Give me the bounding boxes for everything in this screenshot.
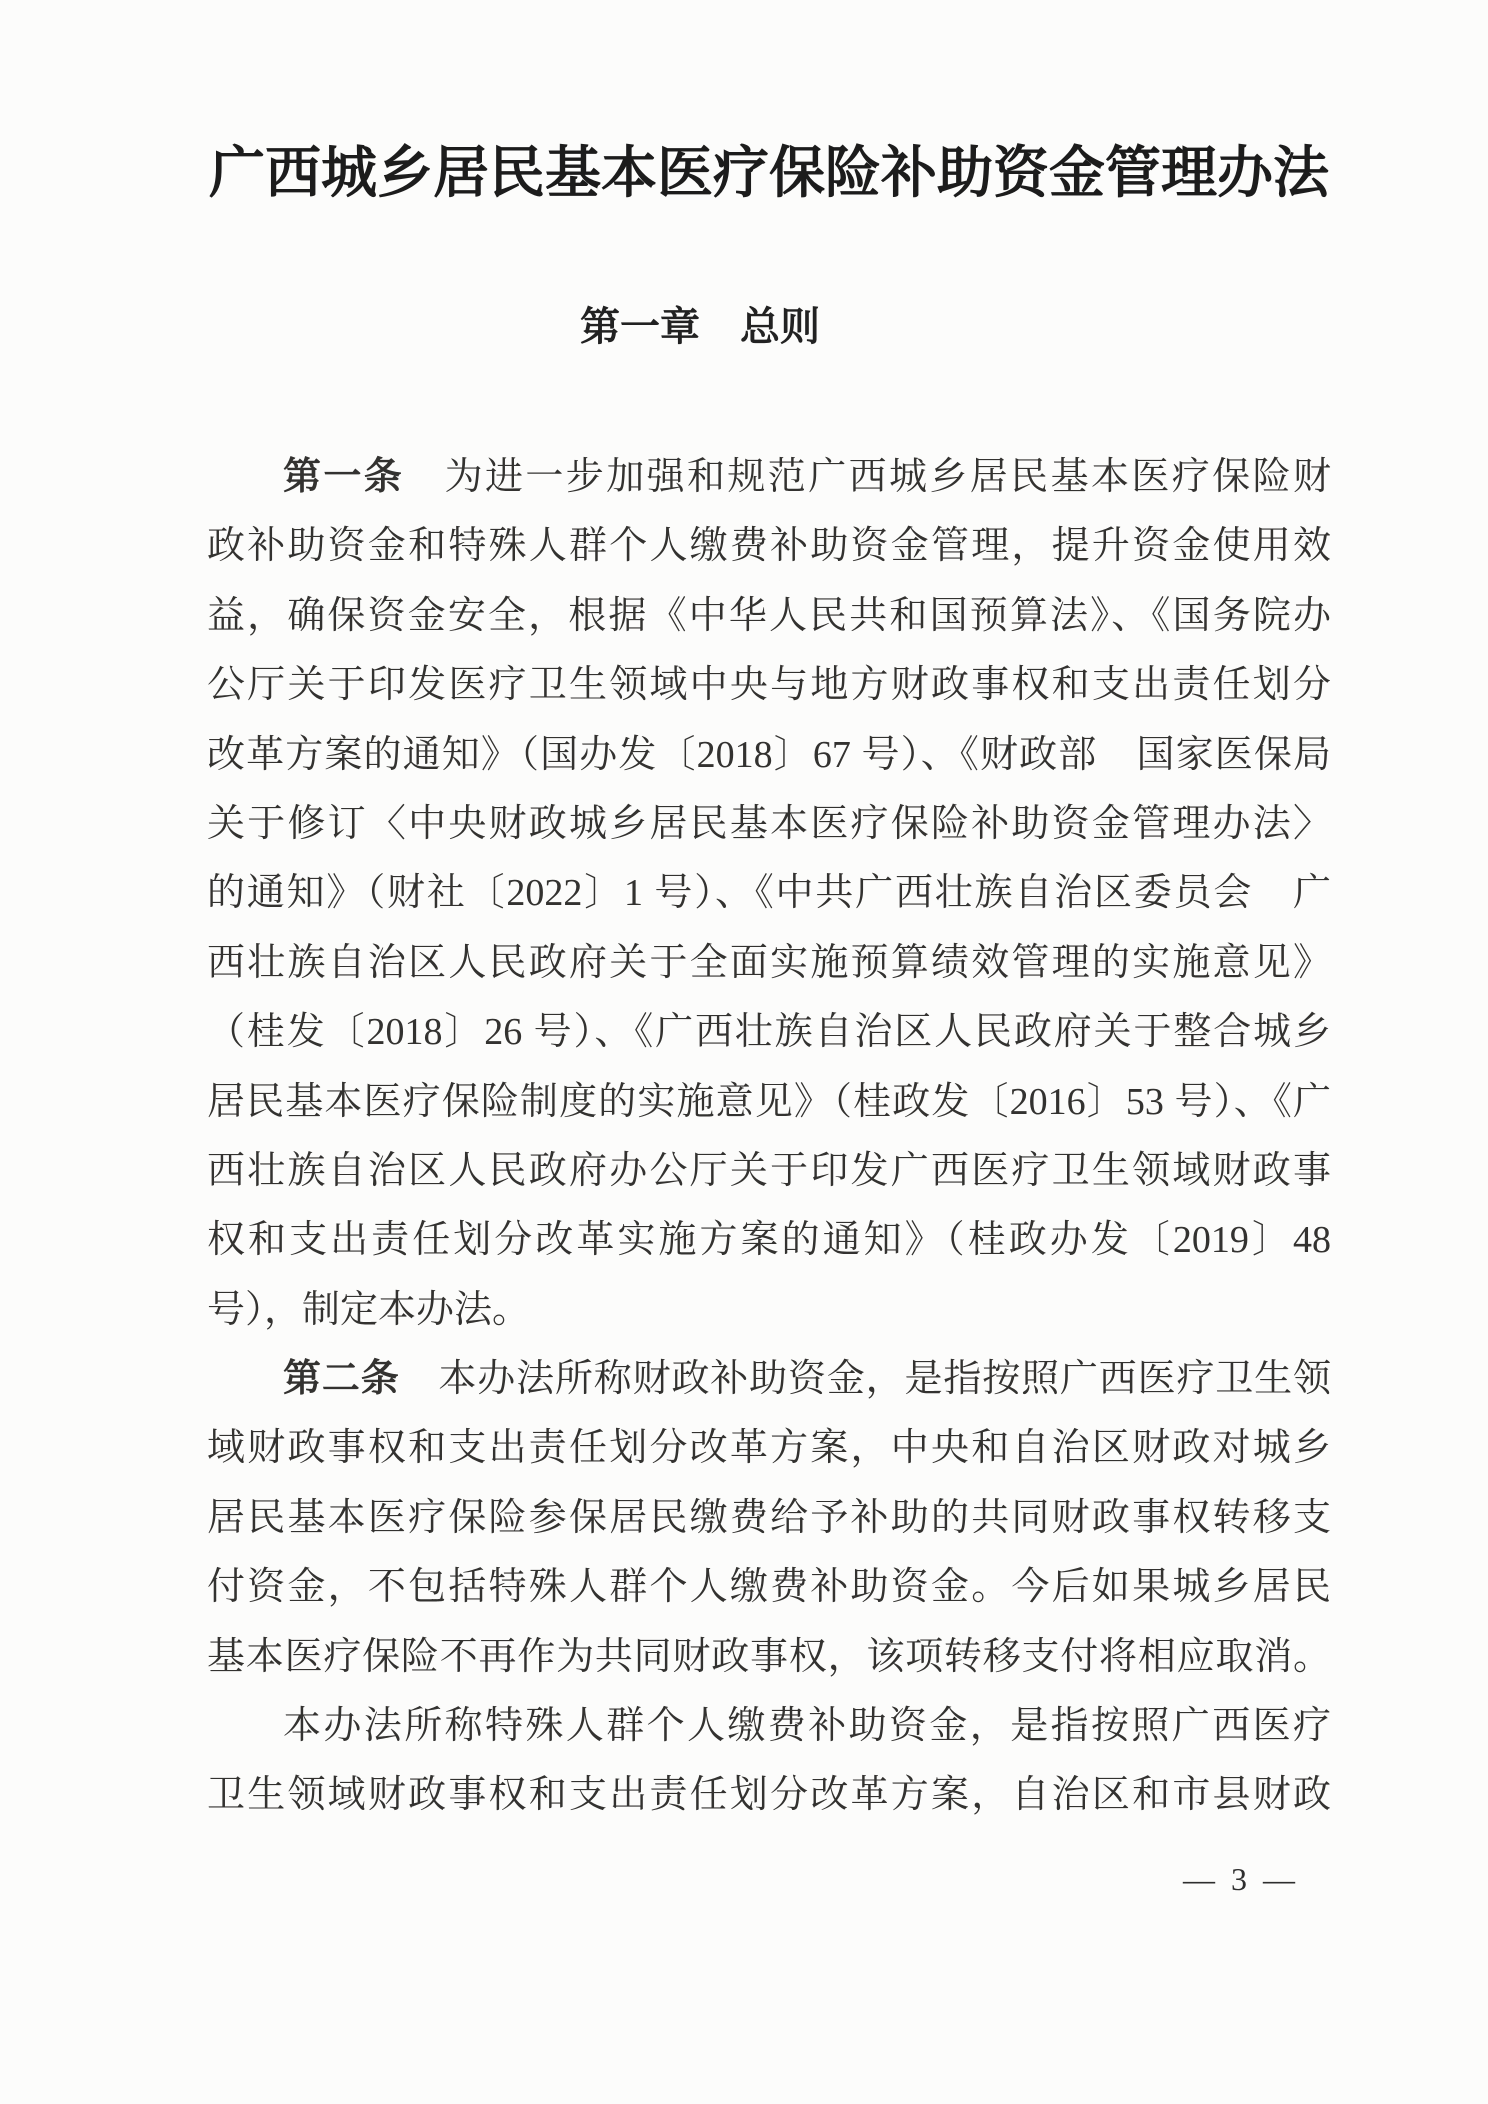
page-number: — 3 — — [1183, 1858, 1295, 1900]
body-line: 居民基本医疗保险制度的实施意见》（桂政发〔2016〕53 号）、《广 — [207, 1068, 1331, 1137]
body-line: 居民基本医疗保险参保居民缴费给予补助的共同财政事权转移支 — [207, 1484, 1331, 1553]
body-line: 的通知》（财社〔2022〕1 号）、《中共广西壮族自治区委员会 广 — [207, 859, 1331, 928]
body-text: 第一条 为进一步加强和规范广西城乡居民基本医疗保险财政补助资金和特殊人群个人缴费… — [207, 443, 1331, 1831]
body-line: 基本医疗保险不再作为共同财政事权，该项转移支付将相应取消。 — [207, 1623, 1331, 1692]
body-line: 关于修订〈中央财政城乡居民基本医疗保险补助资金管理办法〉 — [207, 790, 1331, 859]
document-page: 广西城乡居民基本医疗保险补助资金管理办法 第一章 总则 第一条 为进一步加强和规… — [0, 0, 1488, 2104]
chapter-heading: 第一章 总则 — [138, 301, 1262, 353]
body-line: 益，确保资金安全，根据《中华人民共和国预算法》、《国务院办 — [207, 582, 1331, 651]
document-title: 广西城乡居民基本医疗保险补助资金管理办法 — [207, 138, 1331, 210]
article-number: 第二条 — [283, 1358, 400, 1400]
body-line: 第一条 为进一步加强和规范广西城乡居民基本医疗保险财 — [207, 443, 1331, 512]
article-number: 第一条 — [283, 456, 404, 498]
body-line: 本办法所称特殊人群个人缴费补助资金，是指按照广西医疗 — [207, 1692, 1331, 1761]
body-line: 公厅关于印发医疗卫生领域中央与地方财政事权和支出责任划分 — [207, 651, 1331, 720]
body-line: 第二条 本办法所称财政补助资金，是指按照广西医疗卫生领 — [207, 1345, 1331, 1414]
body-line: 权和支出责任划分改革实施方案的通知》（桂政办发〔2019〕48 — [207, 1206, 1331, 1275]
body-line: 域财政事权和支出责任划分改革方案，中央和自治区财政对城乡 — [207, 1414, 1331, 1483]
body-line: 改革方案的通知》（国办发〔2018〕67 号）、《财政部 国家医保局 — [207, 721, 1331, 790]
body-line: 卫生领域财政事权和支出责任划分改革方案，自治区和市县财政 — [207, 1761, 1331, 1830]
body-line: 西壮族自治区人民政府关于全面实施预算绩效管理的实施意见》 — [207, 929, 1331, 998]
body-line: 西壮族自治区人民政府办公厅关于印发广西医疗卫生领域财政事 — [207, 1137, 1331, 1206]
body-line: 政补助资金和特殊人群个人缴费补助资金管理，提升资金使用效 — [207, 512, 1331, 581]
body-line: （桂发〔2018〕26 号）、《广西壮族自治区人民政府关于整合城乡 — [207, 998, 1331, 1067]
body-line: 付资金，不包括特殊人群个人缴费补助资金。今后如果城乡居民 — [207, 1553, 1331, 1622]
body-line: 号），制定本办法。 — [207, 1276, 1331, 1345]
